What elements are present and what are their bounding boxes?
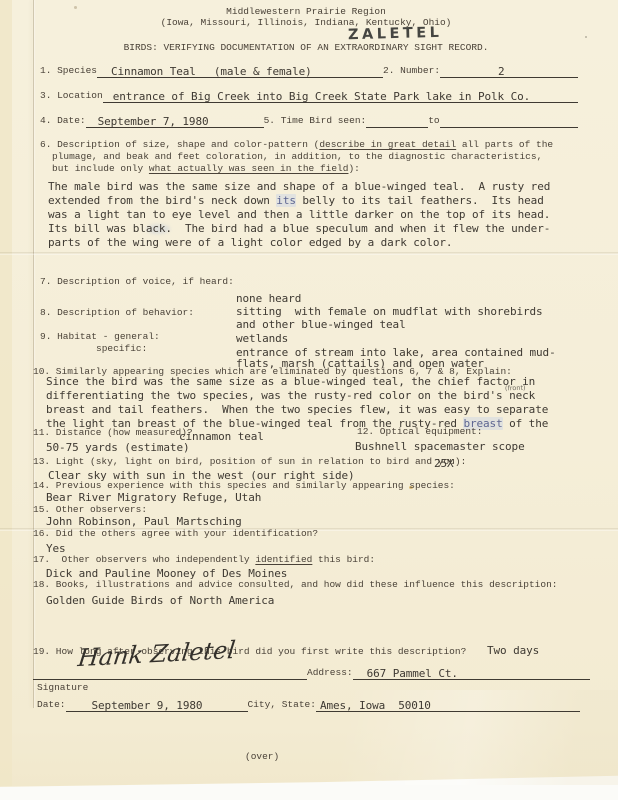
q12-answer-line2: 25X [434, 457, 454, 470]
q6-label-part: 6. Description of size, shape and color-… [40, 139, 319, 150]
signature-field [33, 663, 307, 680]
q6-label-underlined: describe in great detail [319, 139, 456, 150]
address-field: 667 Pammel Ct. [353, 663, 590, 680]
q19-answer: Two days [487, 644, 539, 657]
q6-answer-line4: Its bill was black. The bird had a blue … [48, 222, 550, 235]
q7-label: 7. Description of voice, if heard: [40, 276, 234, 288]
date-seen-field: September 7, 1980 [86, 111, 264, 128]
number-value: 2 [498, 65, 505, 78]
address-value: 667 Pammel Ct. [367, 667, 458, 680]
city-state-label: City, State: [248, 699, 316, 711]
location-label: 3. Location [40, 90, 103, 102]
signature-label: Signature [37, 682, 88, 694]
q17-label-part: 17. Other observers who independently [33, 554, 255, 565]
vertical-fold-crease [33, 0, 34, 708]
q10-answer-line1: Since the bird was the same size as a bl… [46, 375, 535, 388]
q12-answer-line1: Bushnell spacemaster scope [355, 440, 525, 453]
field-row-location: 3. Location entrance of Big Creek into B… [40, 86, 578, 103]
q10-answer-part: differentiating the two species, was the… [46, 389, 509, 402]
q12-label: 12. Optical equipment: [357, 426, 482, 438]
q11-answer: 50-75 yards (estimate) [46, 441, 190, 454]
field-row-date-time: 4. Date: September 7, 1980 5. Time Bird … [40, 111, 578, 128]
date-seen-label: 4. Date: [40, 115, 86, 127]
date-label: Date: [37, 699, 66, 711]
q6-blue-correction: its [276, 194, 296, 207]
q18-label: 18. Books, illustrations and advice cons… [33, 579, 558, 591]
q15-answer: John Robinson, Paul Martsching [46, 515, 242, 528]
date-seen-value: September 7, 1980 [98, 115, 209, 128]
q6-answer-line1: The male bird was the same size and shap… [48, 180, 550, 193]
over-note: (over) [245, 751, 279, 763]
q11-label: 11. Distance (how measured)? [33, 427, 193, 439]
q17-label-underlined: identified [255, 554, 312, 565]
q6-label-line2: plumage, and beak and feet coloration, i… [52, 151, 542, 163]
q6-label-line3: but include only what actually was seen … [52, 163, 360, 175]
number-label: 2. Number: [383, 65, 440, 77]
q16-label: 16. Did the others agree with your ident… [33, 528, 318, 540]
q8-answer-line1: sitting with female on mudflat with shor… [236, 305, 543, 318]
species-label: 1. Species [40, 65, 97, 77]
q6-answer-line3: was a light tan to eye level and then a … [48, 208, 550, 221]
q10-answer-part: of the [503, 417, 549, 430]
q6-answer-part: extended from the bird's neck down [48, 194, 276, 207]
date-field: September 9, 1980 [66, 695, 248, 712]
q10-neck-word: (front)neck [509, 389, 535, 402]
q6-label-line1: 6. Description of size, shape and color-… [40, 139, 553, 151]
q17-label-part: this bird: [312, 554, 375, 565]
city-state-value: Ames, Iowa 50010 [320, 699, 431, 712]
date-value: September 9, 1980 [92, 699, 203, 712]
q9-specific-label: specific: [96, 343, 147, 355]
q8-answer-line2: and other blue-winged teal [236, 318, 406, 331]
time-to-field [440, 111, 578, 128]
q14-answer: Bear River Migratory Refuge, Utah [46, 491, 261, 504]
location-value: entrance of Big Creek into Big Creek Sta… [113, 90, 530, 103]
q9-general-answer: wetlands [236, 332, 288, 345]
location-field: entrance of Big Creek into Big Creek Sta… [103, 86, 578, 103]
region-states: (Iowa, Missouri, Illinois, Indiana, Kent… [24, 17, 588, 29]
q7-answer: none heard [236, 292, 301, 305]
q6-label-part: but include only [52, 163, 149, 174]
signature-address-row: Address: 667 Pammel Ct. [33, 663, 590, 680]
scanned-document-page: { "meta": { "paper_color": "#f5efdb", "i… [0, 0, 618, 800]
q6-answer-line5: parts of the wing were of a light color … [48, 236, 452, 249]
date-city-row: Date: September 9, 1980 City, State: Ame… [37, 695, 580, 712]
handwritten-front-annotation: (front) [505, 382, 526, 396]
time-to-label: to [428, 115, 439, 127]
paper-speck [585, 36, 587, 38]
q6-label-underlined: what actually was seen in the field [149, 163, 349, 174]
q17-label: 17. Other observers who independently id… [33, 554, 375, 566]
form-title: BIRDS: VERIFYING DOCUMENTATION OF AN EXT… [24, 42, 588, 54]
q8-label: 8. Description of behavior: [40, 307, 194, 319]
q6-label-part: ): [348, 163, 359, 174]
scan-left-edge [0, 0, 12, 786]
horizontal-fold-crease-top [0, 252, 618, 255]
city-state-field: Ames, Iowa 50010 [316, 695, 580, 712]
handwritten-surname: ZALETEL [348, 25, 443, 43]
q6-label-part: all parts of the [456, 139, 553, 150]
q9-label: 9. Habitat - general: [40, 331, 160, 343]
number-field: 2 [440, 61, 578, 78]
species-note: (male & female) [214, 65, 312, 78]
field-row-species-number: 1. Species Cinnamon Teal (male & female)… [40, 61, 578, 78]
q10-answer-line3: breast and tail feathers. When the two s… [46, 403, 548, 416]
q13-label: 13. Light (sky, light on bird, position … [33, 456, 466, 468]
species-field: Cinnamon Teal (male & female) [97, 61, 383, 78]
time-from-field [366, 111, 428, 128]
time-label: 5. Time Bird seen: [264, 115, 367, 127]
q6-answer-line2: extended from the bird's neck down its b… [48, 194, 544, 207]
q18-answer: Golden Guide Birds of North America [46, 594, 274, 607]
q10-answer-line2: differentiating the two species, was the… [46, 389, 535, 402]
q6-answer-part: belly to its tail feathers. Its head [296, 194, 544, 207]
address-label: Address: [307, 667, 353, 679]
species-value: Cinnamon Teal [111, 65, 196, 78]
